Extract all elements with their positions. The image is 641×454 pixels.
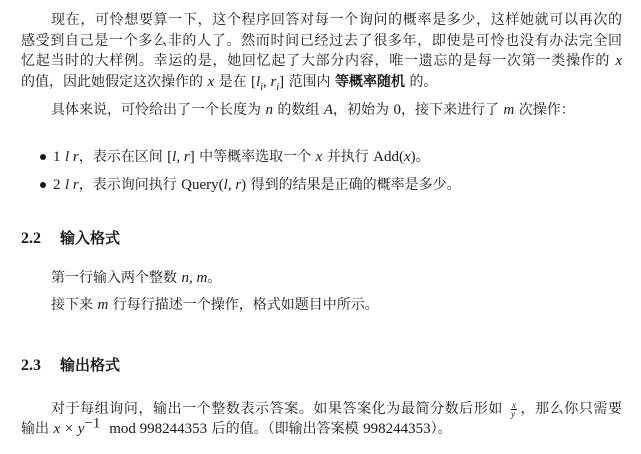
intro-line-4: 的值，因此她假定这次操作的 x 是在 [li, ri] 范围内 等概率随机 的。: [21, 72, 437, 92]
desc-text: 次操作：: [519, 102, 575, 118]
body-text: 第一行输入两个整数: [51, 270, 177, 286]
math-interval: [li, ri]: [251, 74, 284, 90]
intro-text: 感受到自己是一个多么非的人了。然而时间已经过去了很多年，即使是可怜也没有办法完全…: [21, 33, 622, 49]
input-format-line-2: 接下来 m 行每行描述一个操作，格式如题目中所示。: [51, 295, 379, 315]
body-text: ，那么你只需要: [520, 401, 622, 417]
intro-line-2: 感受到自己是一个多么非的人了。然而时间已经过去了很多年，即使是可怜也没有办法完全…: [21, 31, 622, 51]
op-args: l r: [65, 149, 79, 165]
body-text: 输出: [21, 421, 49, 437]
section-heading-output-format: 2.3输出格式: [21, 353, 120, 377]
math-var: x: [404, 149, 411, 165]
section-title: 输入格式: [60, 229, 120, 247]
section-heading-input-format: 2.2输入格式: [21, 226, 120, 250]
op-code: 1: [53, 149, 61, 165]
math-mod: mod 998244353: [109, 421, 207, 437]
math-fraction: xy: [511, 401, 517, 418]
output-format-line-1: 对于每组询问，输出一个整数表示答案。如果答案化为最简分数后形如 xy，那么你只需…: [21, 399, 622, 419]
math-var: x: [615, 53, 622, 69]
intro-line-1: 现在，可怜想要算一下，这个程序回答对每一个询问的概率是多少，这样她就可以再次的: [21, 10, 622, 30]
op-func: Query(: [181, 177, 223, 193]
op-func: Add(: [373, 149, 404, 165]
intro-line-3: 忆起当时的大样例。幸运的是，她回忆起了大部分内容，唯一遗忘的是每一次第一类操作的…: [21, 51, 622, 71]
desc-paragraph: 具体来说，可怜给出了一个长度为 n 的数组 A，初始为 0，接下来进行了 m 次…: [51, 100, 575, 120]
operation-item: 2 l r，表示询问执行 Query(l, r) 得到的结果是正确的概率是多少。: [53, 175, 461, 195]
section-number: 2.3: [21, 354, 60, 378]
math-var: l, r: [224, 177, 242, 193]
math-exponent: −1: [84, 415, 100, 431]
math-var: m: [503, 102, 514, 118]
op-text: ，表示在区间: [79, 149, 163, 165]
math-num: 998244353: [363, 421, 431, 437]
intro-text: 的。: [409, 74, 437, 90]
input-format-line-1: 第一行输入两个整数 n, m。: [51, 268, 221, 288]
body-text: 行每行描述一个操作，格式如题目中所示。: [113, 297, 379, 313]
intro-text: 范围内: [289, 74, 331, 90]
math-var: x: [207, 74, 214, 90]
op-code: 2: [53, 177, 61, 193]
intro-text: 是在: [219, 74, 247, 90]
desc-text: ，接下来进行了: [401, 102, 499, 118]
math-var: n, m: [181, 270, 207, 286]
desc-text: 具体来说，可怜给出了一个长度为: [51, 102, 261, 118]
math-var: A: [324, 102, 333, 118]
op-text: 并执行: [327, 149, 369, 165]
op-func: ): [241, 177, 246, 193]
math-var: m: [97, 297, 108, 313]
math-var: n: [265, 102, 273, 118]
math-expr: x × y: [53, 421, 84, 437]
section-number: 2.2: [21, 227, 60, 251]
body-text: 后的值。（即输出答案模: [212, 421, 359, 437]
body-text: 。: [207, 270, 221, 286]
body-text: ）。: [431, 421, 452, 437]
op-text: 中等概率选取一个: [199, 149, 311, 165]
bullet-icon: [40, 182, 46, 188]
desc-text: 的数组: [277, 102, 319, 118]
body-text: 对于每组询问，输出一个整数表示答案。如果答案化为最简分数后形如: [51, 401, 503, 417]
op-args: l r: [65, 177, 79, 193]
intro-text: 的值，因此她假定这次操作的: [21, 74, 203, 90]
body-text: 接下来: [51, 297, 93, 313]
intro-text: 忆起当时的大样例。幸运的是，她回忆起了大部分内容，唯一遗忘的是每一次第一类操作的: [21, 53, 610, 69]
math-sub: i: [276, 82, 279, 93]
math-sub: i: [260, 82, 263, 93]
bullet-icon: [40, 154, 46, 160]
intro-text: 现在，可怜想要算一下，这个程序回答对每一个询问的概率是多少，这样她就可以再次的: [51, 12, 622, 28]
frac-denominator: y: [511, 410, 517, 418]
math-interval: [l, r]: [167, 149, 195, 165]
op-text: 。: [416, 149, 430, 165]
emphasis-text: 等概率随机: [335, 74, 405, 90]
operation-item: 1 l r，表示在区间 [l, r] 中等概率选取一个 x 并执行 Add(x)…: [53, 147, 430, 167]
desc-text: ，初始为: [333, 102, 389, 118]
op-text: 得到的结果是正确的概率是多少。: [251, 177, 461, 193]
section-title: 输出格式: [60, 356, 120, 374]
op-text: ，表示询问执行: [79, 177, 177, 193]
math-var: x: [316, 149, 323, 165]
math-num: 0: [393, 102, 401, 118]
output-format-line-2: 输出 x × y−1 mod 998244353 后的值。（即输出答案模 998…: [21, 419, 452, 439]
